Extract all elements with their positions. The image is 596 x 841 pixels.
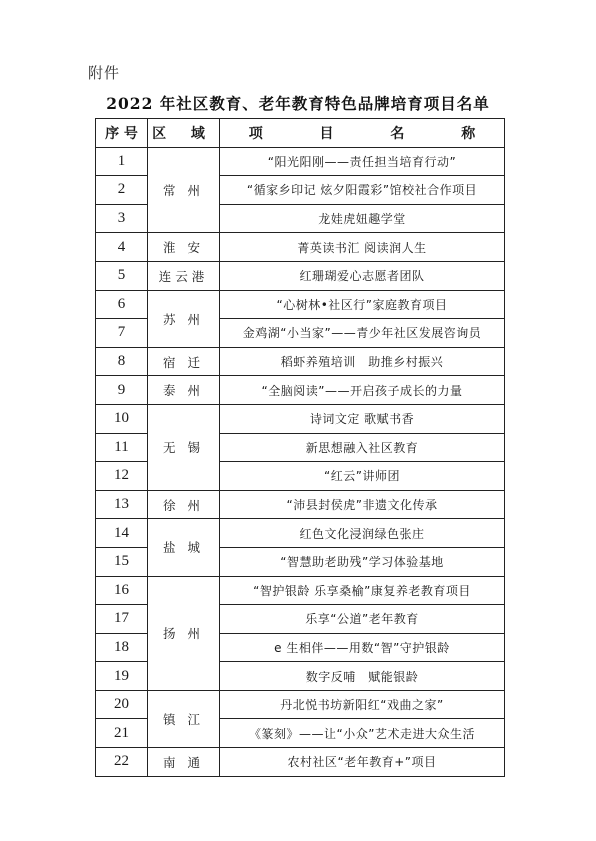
project-name-cell: 稻虾养殖培训 助推乡村振兴: [220, 347, 505, 376]
project-list-table: 序 号 区 域 项 目 名 称 1常 州“阳光阳刚——责任担当培育行动”2“循家…: [95, 118, 505, 777]
serial-number-cell: 7: [96, 319, 148, 348]
project-name-cell: “智护银龄 乐享桑榆”康复养老教育项目: [220, 576, 505, 605]
serial-number-cell: 11: [96, 433, 148, 462]
serial-number-cell: 5: [96, 261, 148, 290]
serial-number-cell: 8: [96, 347, 148, 376]
project-name-cell: “阳光阳刚——责任担当培育行动”: [220, 147, 505, 176]
project-name-cell: “智慧助老助残”学习体验基地: [220, 547, 505, 576]
header-region: 区 域: [148, 119, 220, 148]
table-row: 16扬 州“智护银龄 乐享桑榆”康复养老教育项目: [96, 576, 505, 605]
serial-number-cell: 16: [96, 576, 148, 605]
project-name-cell: “循家乡印记 炫夕阳霞彩”馆校社合作项目: [220, 176, 505, 205]
table-row: 22南 通农村社区“老年教育+”项目: [96, 748, 505, 777]
region-cell: 苏 州: [148, 290, 220, 347]
project-name-cell: “红云”讲师团: [220, 462, 505, 491]
table-body: 1常 州“阳光阳刚——责任担当培育行动”2“循家乡印记 炫夕阳霞彩”馆校社合作项…: [96, 147, 505, 776]
serial-number-cell: 10: [96, 404, 148, 433]
project-name-cell: 丹北悦书坊新阳红“戏曲之家”: [220, 690, 505, 719]
region-cell: 镇 江: [148, 690, 220, 747]
serial-number-cell: 18: [96, 633, 148, 662]
project-name-cell: 农村社区“老年教育+”项目: [220, 748, 505, 777]
table-row: 1常 州“阳光阳刚——责任担当培育行动”: [96, 147, 505, 176]
attachment-label: 附件: [88, 62, 120, 83]
region-cell: 无 锡: [148, 404, 220, 490]
project-name-cell: 菁英读书汇 阅读润人生: [220, 233, 505, 262]
table-row: 14盐 城红色文化浸润绿色张庄: [96, 519, 505, 548]
table-row: 20镇 江丹北悦书坊新阳红“戏曲之家”: [96, 690, 505, 719]
serial-number-cell: 12: [96, 462, 148, 491]
document-title: 2022 年社区教育、老年教育特色品牌培育项目名单: [0, 92, 596, 114]
project-name-cell: 乐享“公道”老年教育: [220, 605, 505, 634]
table-row: 13徐 州“沛县封侯虎”非遗文化传承: [96, 490, 505, 519]
serial-number-cell: 1: [96, 147, 148, 176]
serial-number-cell: 20: [96, 690, 148, 719]
project-name-cell: “全脑阅读”——开启孩子成长的力量: [220, 376, 505, 405]
serial-number-cell: 17: [96, 605, 148, 634]
serial-number-cell: 6: [96, 290, 148, 319]
region-cell: 泰 州: [148, 376, 220, 405]
serial-number-cell: 2: [96, 176, 148, 205]
region-cell: 宿 迁: [148, 347, 220, 376]
project-name-cell: 诗词文定 歌赋书香: [220, 404, 505, 433]
project-name-cell: 红色文化浸润绿色张庄: [220, 519, 505, 548]
project-name-cell: “心树林•社区行”家庭教育项目: [220, 290, 505, 319]
serial-number-cell: 13: [96, 490, 148, 519]
header-serial-number: 序 号: [96, 119, 148, 148]
table-row: 10无 锡诗词文定 歌赋书香: [96, 404, 505, 433]
project-name-cell: 龙娃虎妞趣学堂: [220, 204, 505, 233]
serial-number-cell: 4: [96, 233, 148, 262]
project-name-cell: 数字反哺 赋能银龄: [220, 662, 505, 691]
project-name-cell: “沛县封侯虎”非遗文化传承: [220, 490, 505, 519]
table-row: 6苏 州“心树林•社区行”家庭教育项目: [96, 290, 505, 319]
region-cell: 徐 州: [148, 490, 220, 519]
project-name-cell: 新思想融入社区教育: [220, 433, 505, 462]
serial-number-cell: 22: [96, 748, 148, 777]
serial-number-cell: 3: [96, 204, 148, 233]
region-cell: 连云港: [148, 261, 220, 290]
table-row: 5连云港红珊瑚爱心志愿者团队: [96, 261, 505, 290]
serial-number-cell: 14: [96, 519, 148, 548]
header-project-name: 项 目 名 称: [220, 119, 505, 148]
region-cell: 盐 城: [148, 519, 220, 576]
project-name-cell: 红珊瑚爱心志愿者团队: [220, 261, 505, 290]
table-row: 4淮 安菁英读书汇 阅读润人生: [96, 233, 505, 262]
table-row: 9泰 州“全脑阅读”——开启孩子成长的力量: [96, 376, 505, 405]
region-cell: 淮 安: [148, 233, 220, 262]
serial-number-cell: 19: [96, 662, 148, 691]
project-name-cell: 金鸡湖“小当家”——青少年社区发展咨询员: [220, 319, 505, 348]
serial-number-cell: 9: [96, 376, 148, 405]
region-cell: 常 州: [148, 147, 220, 233]
serial-number-cell: 15: [96, 547, 148, 576]
region-cell: 扬 州: [148, 576, 220, 690]
serial-number-cell: 21: [96, 719, 148, 748]
table-header-row: 序 号 区 域 项 目 名 称: [96, 119, 505, 148]
project-name-cell: e 生相伴——用数“智”守护银龄: [220, 633, 505, 662]
project-name-cell: 《篆刻》——让“小众”艺术走进大众生活: [220, 719, 505, 748]
region-cell: 南 通: [148, 748, 220, 777]
table-row: 8宿 迁稻虾养殖培训 助推乡村振兴: [96, 347, 505, 376]
